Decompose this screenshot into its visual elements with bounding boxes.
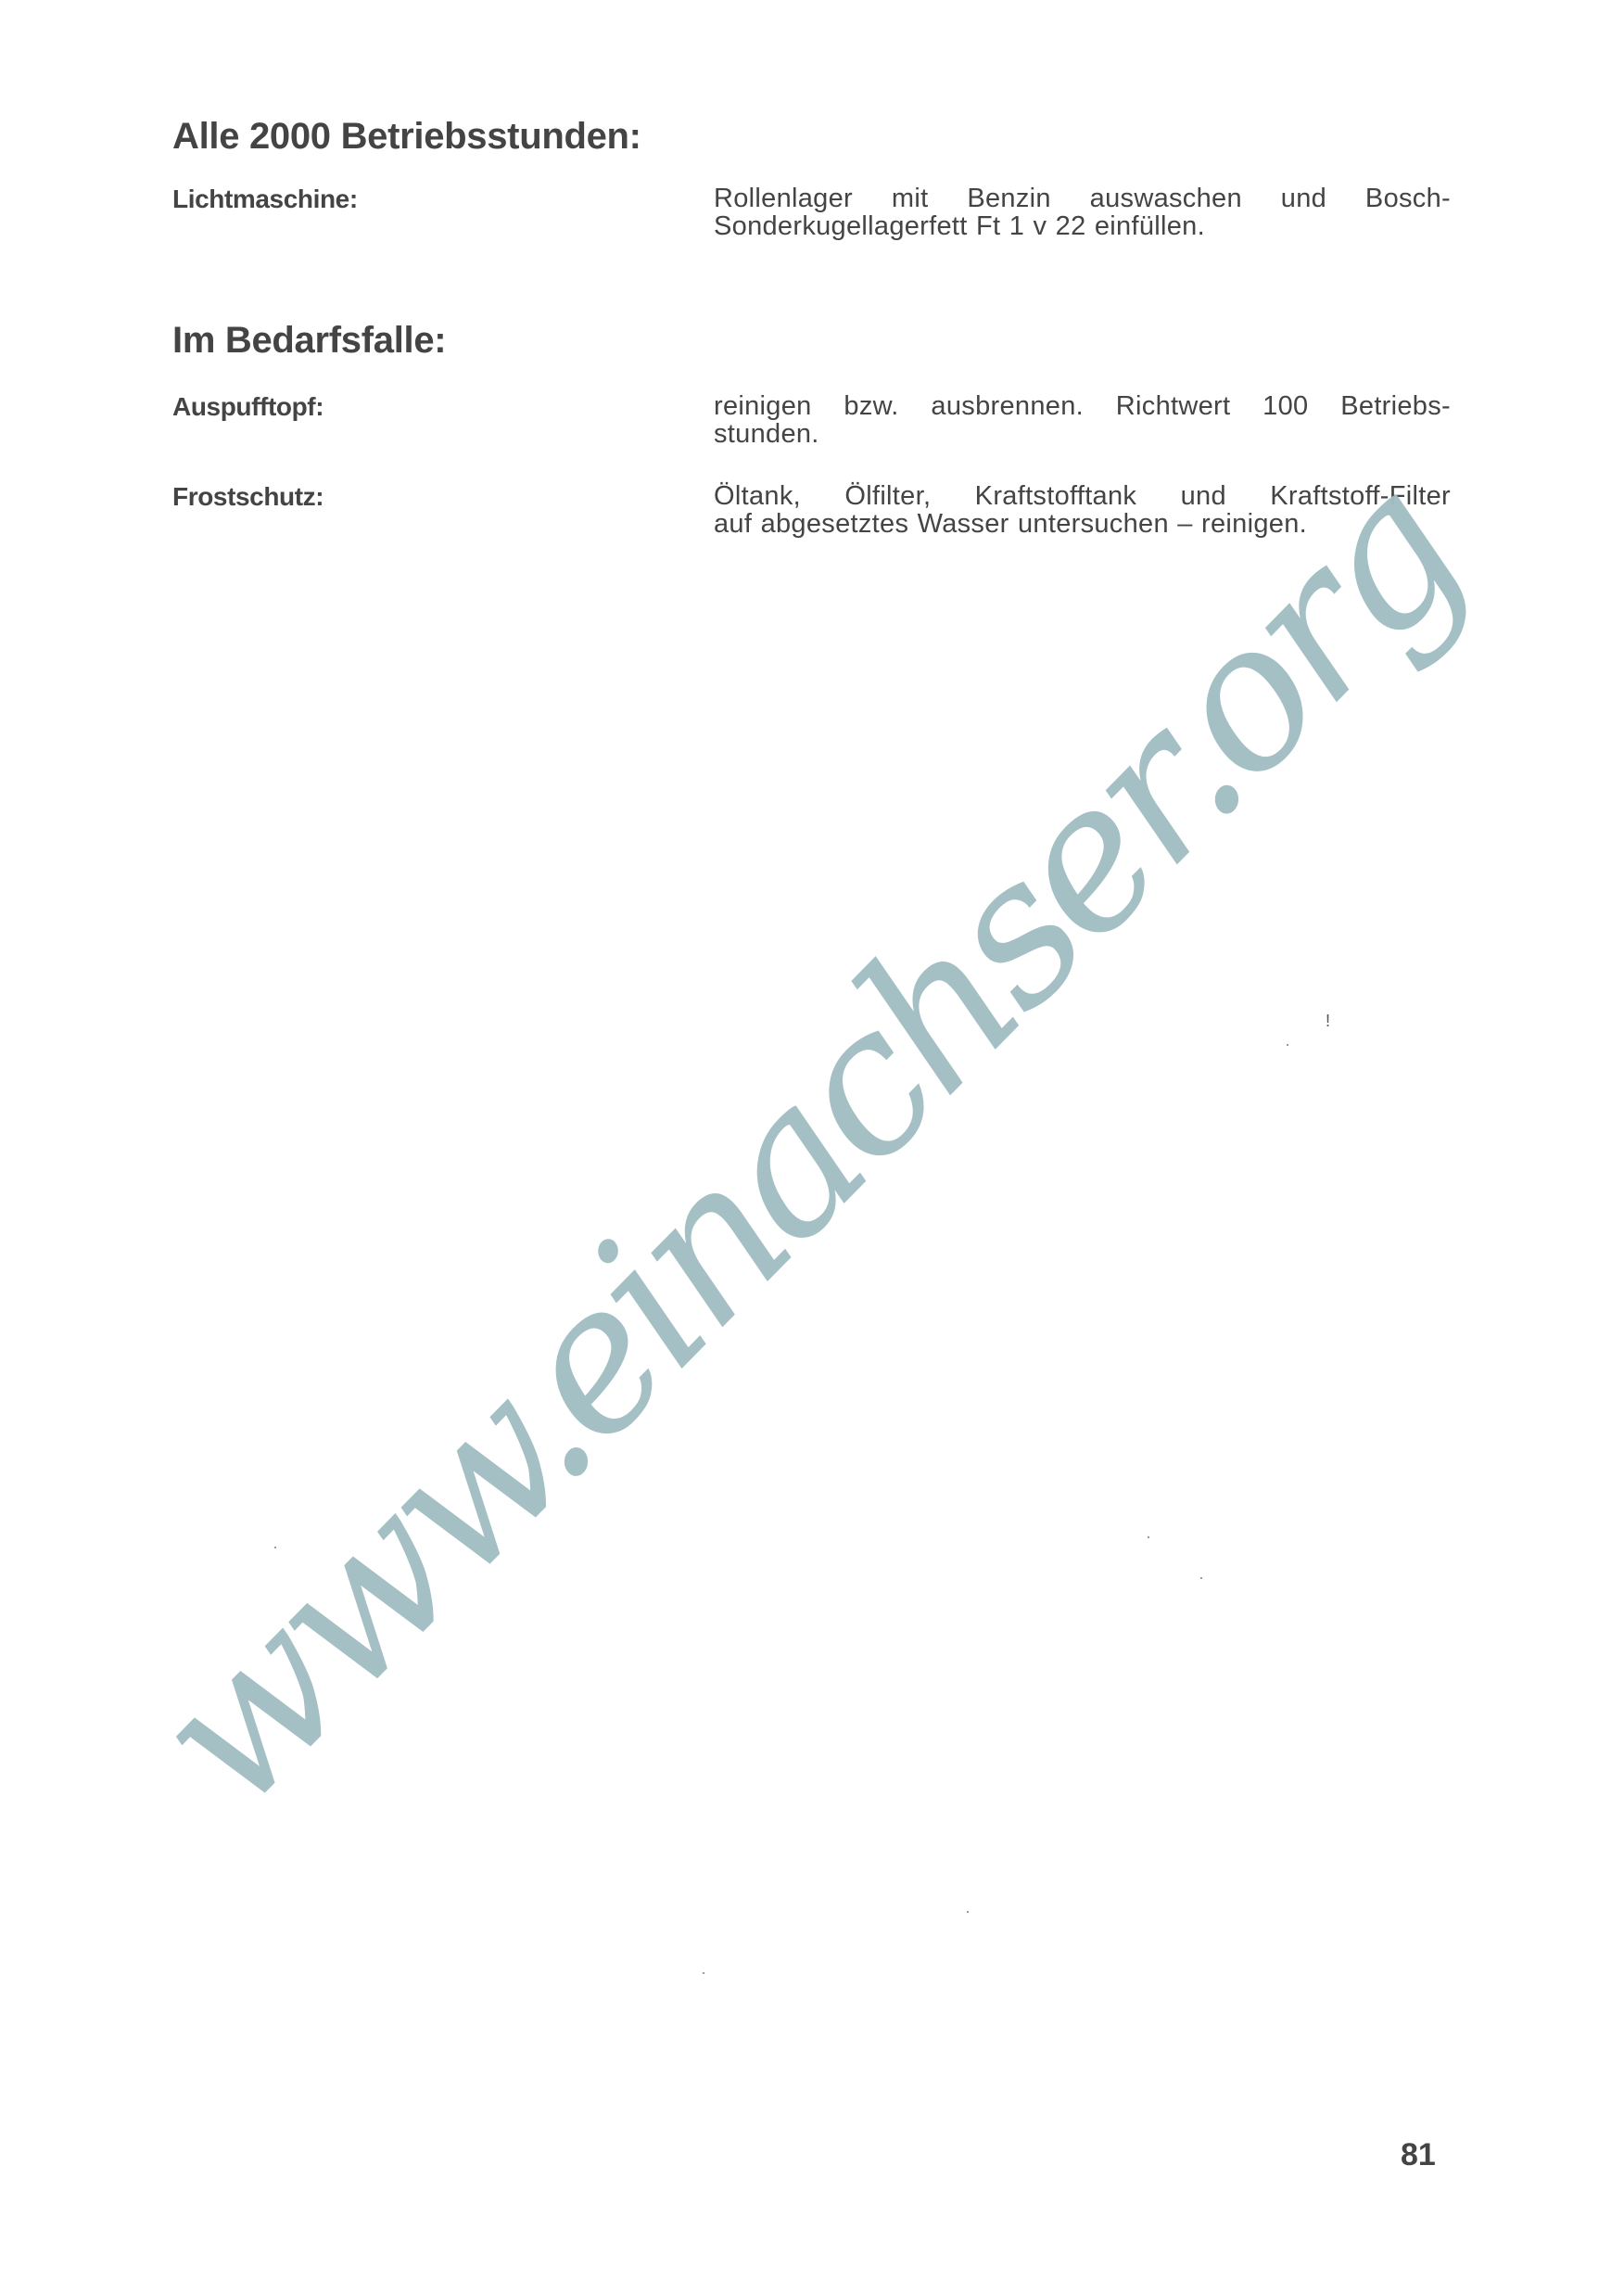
description-line: Sonderkugellagerfett Ft 1 v 22 einfüllen… — [714, 212, 1451, 240]
description-line: reinigen bzw. ausbrennen. Richtwert 100 … — [714, 392, 1451, 420]
page-number: 81 — [1401, 2138, 1436, 2172]
scan-speck — [1287, 1044, 1288, 1046]
section-heading-as-needed: Im Bedarfsfalle: — [172, 322, 446, 359]
scan-speck — [967, 1911, 969, 1913]
scan-speck — [1148, 1536, 1149, 1538]
scan-speck — [703, 1972, 704, 1974]
row-label: Frostschutz: — [172, 482, 324, 511]
row-description: Rollenlager mit Benzin auswaschen und Bo… — [714, 185, 1451, 240]
row-label: Auspufftopf: — [172, 392, 324, 421]
watermark-text: www.einachser.org — [121, 450, 1492, 1840]
description-line: Rollenlager mit Benzin auswaschen und Bo… — [714, 185, 1451, 212]
stray-mark: ! — [1326, 1013, 1330, 1029]
section-heading-2000-hours: Alle 2000 Betriebsstunden: — [172, 118, 641, 155]
scan-speck — [1200, 1577, 1202, 1579]
row-label: Lichtmaschine: — [172, 185, 358, 213]
document-page: Alle 2000 Betriebsstunden: Lichtmaschine… — [0, 0, 1624, 2280]
